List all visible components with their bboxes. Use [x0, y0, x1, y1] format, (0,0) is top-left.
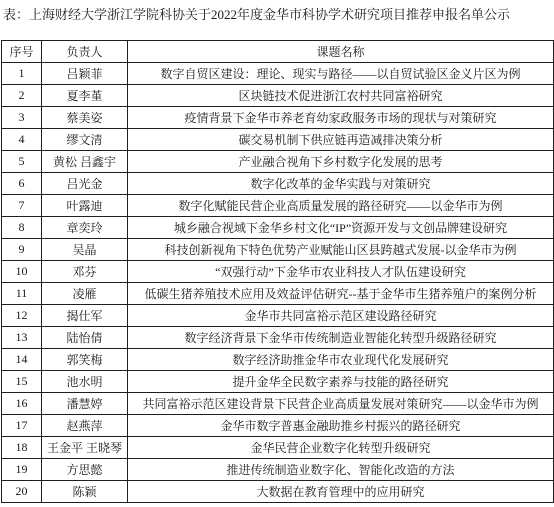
cell-index: 6 [2, 173, 42, 195]
cell-topic: 推进传统制造业数字化、智能化改造的方法 [128, 459, 554, 481]
cell-index: 7 [2, 195, 42, 217]
table-row: 4缪文清碳交易机制下供应链再造减排决策分析 [2, 129, 554, 151]
cell-index: 20 [2, 481, 42, 503]
cell-index: 2 [2, 85, 42, 107]
cell-topic: 共同富裕示范区建设背景下民营企业高质量发展对策研究——以金华市为例 [128, 393, 554, 415]
table-row: 16潘慧婷共同富裕示范区建设背景下民营企业高质量发展对策研究——以金华市为例 [2, 393, 554, 415]
cell-leader: 缪文清 [42, 129, 128, 151]
cell-leader: 吕光金 [42, 173, 128, 195]
cell-topic: 数字化赋能民营企业高质量发展的路径研究——以金华市为例 [128, 195, 554, 217]
table-row: 7叶露迪数字化赋能民营企业高质量发展的路径研究——以金华市为例 [2, 195, 554, 217]
cell-topic: 城乡融合视域下金华乡村文化“IP”资源开发与文创品牌建设研究 [128, 217, 554, 239]
table-row: 14郭笑梅数字经济助推金华市农业现代化发展研究 [2, 349, 554, 371]
cell-leader: 邓芬 [42, 261, 128, 283]
table-header-row: 序号 负责人 课题名称 [2, 41, 554, 63]
table-row: 9吴晶科技创新视角下特色优势产业赋能山区县跨越式发展-以金华市为例 [2, 239, 554, 261]
table-row: 17赵燕萍金华市数字普惠金融助推乡村振兴的路径研究 [2, 415, 554, 437]
cell-index: 18 [2, 437, 42, 459]
cell-leader: 王金平 王晓琴 [42, 437, 128, 459]
cell-leader: 叶露迪 [42, 195, 128, 217]
cell-leader: 黄松 吕鑫宇 [42, 151, 128, 173]
header-index: 序号 [2, 41, 42, 63]
cell-topic: 金华市共同富裕示范区建设路径研究 [128, 305, 554, 327]
cell-index: 15 [2, 371, 42, 393]
cell-index: 1 [2, 63, 42, 85]
table-row: 13陆怡倩数字经济背景下金华市传统制造业智能化转型升级路径研究 [2, 327, 554, 349]
cell-leader: 方思懿 [42, 459, 128, 481]
cell-topic: 数字经济背景下金华市传统制造业智能化转型升级路径研究 [128, 327, 554, 349]
cell-topic: 碳交易机制下供应链再造减排决策分析 [128, 129, 554, 151]
cell-leader: 揭仕军 [42, 305, 128, 327]
cell-leader: 蔡美姿 [42, 107, 128, 129]
cell-topic: 数字化改革的金华实践与对策研究 [128, 173, 554, 195]
cell-topic: 科技创新视角下特色优势产业赋能山区县跨越式发展-以金华市为例 [128, 239, 554, 261]
cell-topic: 区块链技术促进浙江农村共同富裕研究 [128, 85, 554, 107]
cell-index: 5 [2, 151, 42, 173]
cell-leader: 郭笑梅 [42, 349, 128, 371]
cell-leader: 章奕玲 [42, 217, 128, 239]
cell-leader: 凌雁 [42, 283, 128, 305]
cell-leader: 池水明 [42, 371, 128, 393]
table-row: 6吕光金数字化改革的金华实践与对策研究 [2, 173, 554, 195]
table-row: 10邓芬“双强行动”下金华市农业科技人才队伍建设研究 [2, 261, 554, 283]
projects-table: 序号 负责人 课题名称 1吕颖菲数字自贸区建设：理论、现实与路径——以自贸试验区… [1, 40, 554, 503]
cell-topic: 低碳生猪养殖技术应用及效益评估研究--基于金华市生猪养殖户的案例分析 [128, 283, 554, 305]
cell-topic: 产业融合视角下乡村数字化发展的思考 [128, 151, 554, 173]
table-row: 1吕颖菲数字自贸区建设：理论、现实与路径——以自贸试验区金义片区为例 [2, 63, 554, 85]
cell-topic: 数字经济助推金华市农业现代化发展研究 [128, 349, 554, 371]
header-topic: 课题名称 [128, 41, 554, 63]
cell-leader: 吴晶 [42, 239, 128, 261]
table-row: 15池水明提升金华全民数字素养与技能的路径研究 [2, 371, 554, 393]
cell-leader: 吕颖菲 [42, 63, 128, 85]
cell-topic: “双强行动”下金华市农业科技人才队伍建设研究 [128, 261, 554, 283]
table-row: 19方思懿推进传统制造业数字化、智能化改造的方法 [2, 459, 554, 481]
cell-leader: 潘慧婷 [42, 393, 128, 415]
table-row: 11凌雁低碳生猪养殖技术应用及效益评估研究--基于金华市生猪养殖户的案例分析 [2, 283, 554, 305]
page-title: 表：上海财经大学浙江学院科协关于2022年度金华市科协学术研究项目推荐申报名单公… [0, 0, 554, 23]
table-body: 1吕颖菲数字自贸区建设：理论、现实与路径——以自贸试验区金义片区为例2夏李堇区块… [2, 63, 554, 503]
cell-index: 16 [2, 393, 42, 415]
cell-topic: 金华民营企业数字化转型升级研究 [128, 437, 554, 459]
table-row: 18王金平 王晓琴金华民营企业数字化转型升级研究 [2, 437, 554, 459]
cell-leader: 赵燕萍 [42, 415, 128, 437]
table-row: 20陈颖大数据在教育管理中的应用研究 [2, 481, 554, 503]
cell-index: 14 [2, 349, 42, 371]
cell-leader: 陈颖 [42, 481, 128, 503]
cell-leader: 陆怡倩 [42, 327, 128, 349]
cell-index: 9 [2, 239, 42, 261]
table-row: 5黄松 吕鑫宇产业融合视角下乡村数字化发展的思考 [2, 151, 554, 173]
cell-index: 10 [2, 261, 42, 283]
cell-index: 12 [2, 305, 42, 327]
table-row: 8章奕玲城乡融合视域下金华乡村文化“IP”资源开发与文创品牌建设研究 [2, 217, 554, 239]
cell-index: 4 [2, 129, 42, 151]
cell-topic: 大数据在教育管理中的应用研究 [128, 481, 554, 503]
cell-index: 19 [2, 459, 42, 481]
header-leader: 负责人 [42, 41, 128, 63]
cell-index: 8 [2, 217, 42, 239]
cell-index: 17 [2, 415, 42, 437]
cell-leader: 夏李堇 [42, 85, 128, 107]
cell-topic: 金华市数字普惠金融助推乡村振兴的路径研究 [128, 415, 554, 437]
cell-topic: 提升金华全民数字素养与技能的路径研究 [128, 371, 554, 393]
table-row: 3蔡美姿疫情背景下金华市养老育幼家政服务市场的现状与对策研究 [2, 107, 554, 129]
announcement-page: 表：上海财经大学浙江学院科协关于2022年度金华市科协学术研究项目推荐申报名单公… [0, 0, 554, 507]
cell-topic: 疫情背景下金华市养老育幼家政服务市场的现状与对策研究 [128, 107, 554, 129]
cell-index: 13 [2, 327, 42, 349]
cell-index: 11 [2, 283, 42, 305]
cell-topic: 数字自贸区建设：理论、现实与路径——以自贸试验区金义片区为例 [128, 63, 554, 85]
table-row: 2夏李堇区块链技术促进浙江农村共同富裕研究 [2, 85, 554, 107]
cell-index: 3 [2, 107, 42, 129]
table-row: 12揭仕军金华市共同富裕示范区建设路径研究 [2, 305, 554, 327]
